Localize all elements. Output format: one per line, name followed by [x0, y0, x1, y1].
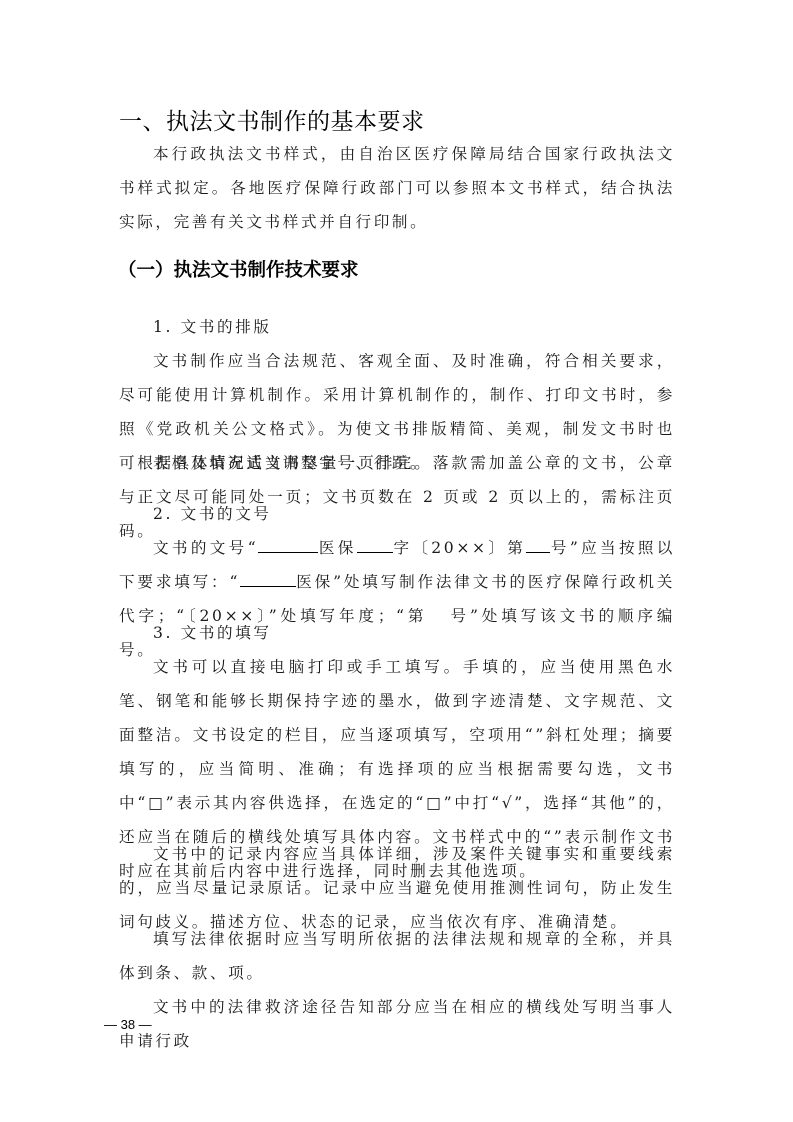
text-segment: 文书的文号“ [153, 539, 258, 557]
item-title-document-number: 2. 文书的文号 [153, 497, 272, 531]
filling-paragraph-4: 文书中的法律救济途径告知部分应当在相应的横线处写明当事人申请行政 [119, 990, 675, 1058]
filling-paragraph-3: 填写法律依据时应当写明所依据的法律法规和规章的全称，并具体到条、款、项。 [119, 922, 675, 990]
section-heading-1: 一、执法文书制作的基本要求 [119, 107, 425, 137]
blank-line [240, 572, 296, 587]
text-segment: 字〔20××〕第 [393, 539, 526, 557]
subsection-heading: （一）执法文书制作技术要求 [118, 258, 359, 284]
blank-line [357, 538, 393, 553]
document-page: 一、执法文书制作的基本要求 本行政执法文书样式，由自治区医疗保障局结合国家行政执… [0, 0, 793, 1122]
text-segment: 医保 [318, 539, 357, 557]
item-title-filling: 3. 文书的填写 [153, 616, 272, 650]
item-title-typesetting: 1. 文书的排版 [153, 310, 272, 344]
intro-paragraph: 本行政执法文书样式，由自治区医疗保障局结合国家行政执法文书样式拟定。各地医疗保障… [119, 137, 675, 239]
blank-line [258, 538, 318, 553]
page-number: — 38 — [104, 1017, 152, 1032]
blank-line [526, 538, 550, 553]
